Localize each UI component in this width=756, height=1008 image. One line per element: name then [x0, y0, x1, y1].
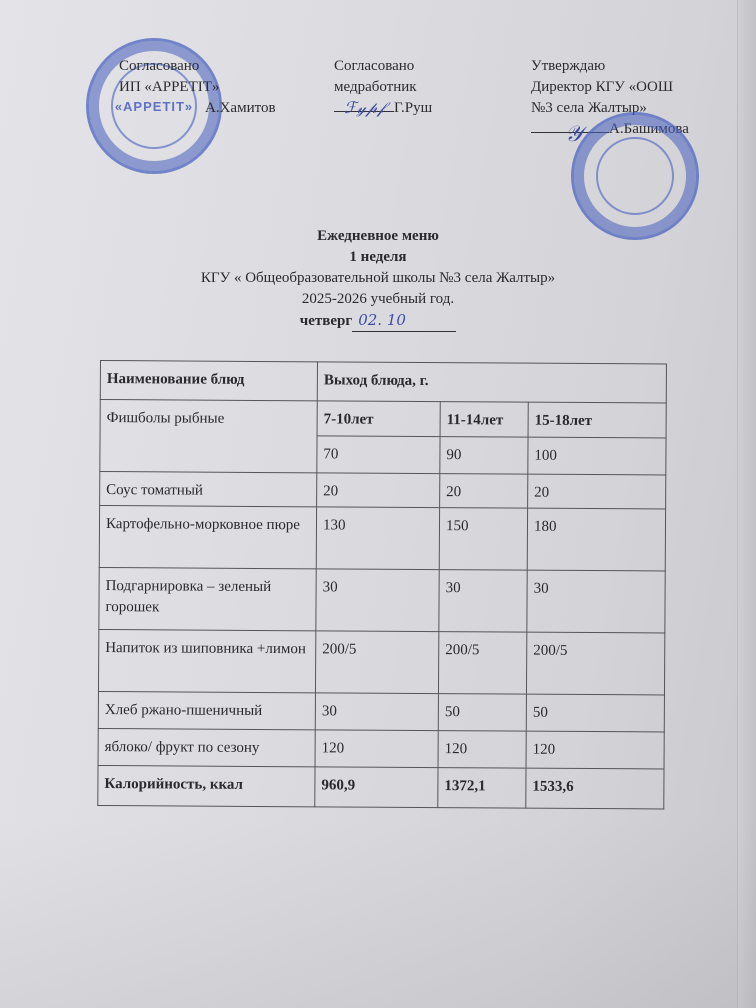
table-row: Хлеб ржано-пшеничный 30 50 50: [98, 691, 664, 731]
yield-value: 50: [438, 694, 526, 732]
yield-value: 120: [438, 731, 526, 769]
dish-name: Подгарнировка – зеленый горошек: [99, 567, 316, 630]
header-dish: Наименование блюд: [100, 361, 317, 401]
yield-value: 20: [440, 474, 528, 509]
dish-name: Фишболы рыбные: [100, 400, 317, 473]
yield-value: 200/5: [315, 631, 438, 694]
table-row: Соус томатный 20 20 20: [100, 472, 666, 509]
yield-value: 20: [317, 473, 440, 508]
header-yield: Выход блюда, г.: [317, 362, 666, 403]
school-stamp: [571, 112, 699, 240]
handwritten-date: 02. 10: [352, 310, 456, 332]
yield-value: 200/5: [438, 632, 526, 695]
yield-value: 90: [440, 437, 528, 475]
dish-name: Картофельно-морковное пюре: [99, 506, 316, 569]
yield-value: 120: [526, 731, 664, 769]
yield-value: 20: [528, 474, 666, 509]
yield-value: 120: [315, 730, 438, 768]
approval-block-supplier: Согласовано ИП «APPETIT» А.Хамитов: [119, 56, 276, 119]
age-group: 11-14лет: [440, 402, 528, 438]
day-label: четверг: [300, 313, 352, 329]
total-value: 960,9: [315, 767, 438, 808]
approval-signatory: Г.Руш: [394, 100, 432, 116]
yield-value: 30: [316, 569, 439, 632]
week-label: 1 неделя: [0, 247, 756, 268]
paper-shadow: [0, 820, 756, 1008]
table-row: Фишболы рыбные 7-10лет 11-14лет 15-18лет: [100, 400, 666, 438]
table-row: Подгарнировка – зеленый горошек 30 30 30: [99, 567, 665, 632]
handwritten-signature-medic: ℱ𝓎𝓅𝒻: [344, 98, 384, 118]
yield-value: 50: [526, 694, 664, 732]
document-title: Ежедневное меню: [0, 226, 756, 247]
school-year: 2025-2026 учебный год.: [0, 289, 756, 310]
table-row: яблоко/ фрукт по сезону 120 120 120: [98, 728, 664, 768]
yield-value: 70: [317, 436, 440, 474]
document-header: Ежедневное меню 1 неделя КГУ « Общеобраз…: [0, 226, 756, 332]
yield-value: 100: [528, 437, 666, 475]
age-group: 7-10лет: [317, 401, 440, 437]
dish-name: яблоко/ фрукт по сезону: [98, 728, 315, 766]
menu-table: Наименование блюд Выход блюда, г. Фишбол…: [97, 360, 667, 809]
approval-signatory: А.Хамитов: [119, 98, 276, 119]
approval-heading: Утверждаю: [531, 56, 689, 77]
yield-value: 30: [439, 570, 527, 633]
yield-value: 30: [527, 570, 665, 633]
dish-name: Напиток из шиповника +лимон: [98, 629, 315, 692]
total-value: 1372,1: [438, 768, 526, 809]
yield-value: 150: [439, 508, 527, 571]
yield-value: 130: [316, 507, 439, 570]
dish-name: Хлеб ржано-пшеничный: [98, 691, 315, 729]
table-row: Напиток из шиповника +лимон 200/5 200/5 …: [98, 629, 664, 694]
approval-heading: Согласовано: [334, 56, 432, 77]
yield-value: 30: [315, 693, 438, 731]
approval-role: Директор КГУ «ООШ: [531, 77, 689, 98]
total-value: 1533,6: [526, 768, 664, 809]
table-header-row: Наименование блюд Выход блюда, г.: [100, 361, 666, 403]
school-name: КГУ « Общеобразовательной школы №3 села …: [0, 268, 756, 289]
table-row: Картофельно-морковное пюре 130 150 180: [99, 506, 665, 571]
total-label: Калорийность, ккал: [98, 765, 315, 806]
yield-value: 200/5: [526, 632, 664, 695]
approval-role: медработник: [334, 77, 432, 98]
yield-value: 180: [527, 508, 665, 571]
dish-name: Соус томатный: [100, 472, 317, 507]
total-row: Калорийность, ккал 960,9 1372,1 1533,6: [98, 765, 664, 808]
age-group: 15-18лет: [528, 402, 666, 438]
stamp-inner-ring: [596, 137, 674, 215]
approval-org: ИП «APPETIT»: [119, 77, 276, 98]
day-line: четверг02. 10: [0, 310, 756, 332]
approval-heading: Согласовано: [119, 56, 276, 77]
